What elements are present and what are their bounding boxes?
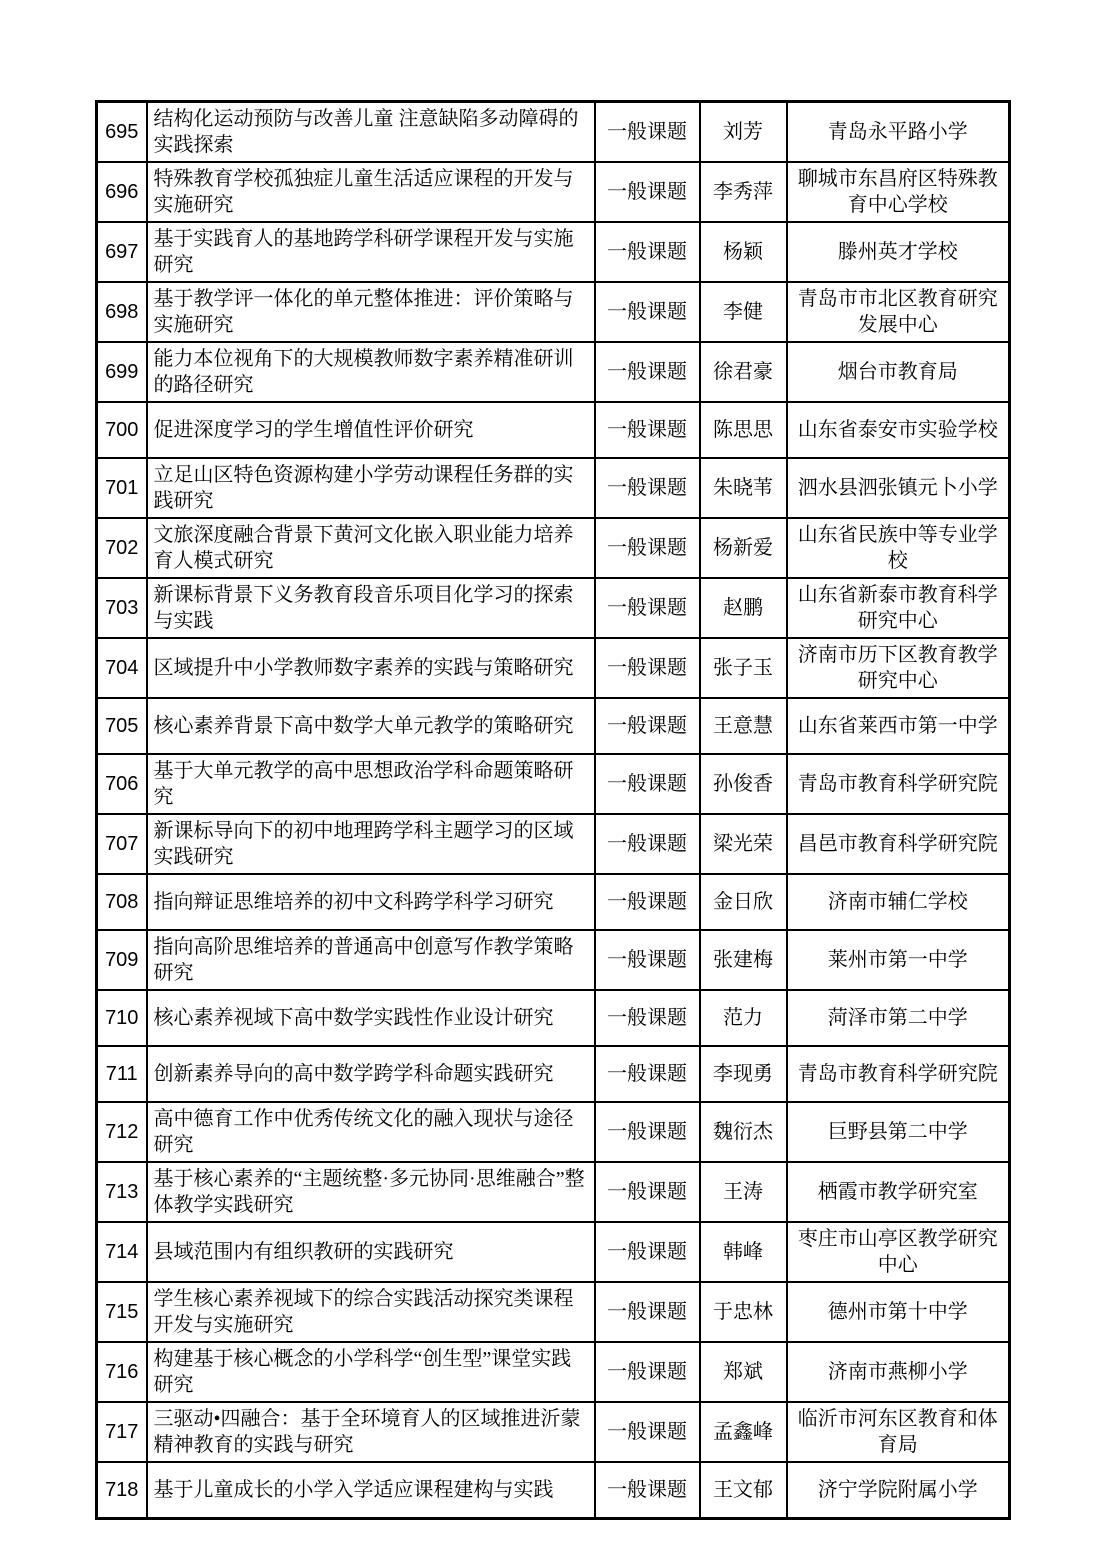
- project-category: 一般课题: [595, 1162, 700, 1222]
- project-leader: 孙俊香: [700, 754, 787, 814]
- project-institution: 昌邑市教育科学研究院: [787, 814, 1010, 874]
- project-title: 基于儿童成长的小学入学适应课程建构与实践: [147, 1462, 595, 1518]
- project-leader: 王文郁: [700, 1462, 787, 1518]
- row-number: 699: [97, 342, 147, 402]
- project-category: 一般课题: [595, 102, 700, 163]
- row-number: 695: [97, 102, 147, 163]
- project-leader: 李现勇: [700, 1046, 787, 1102]
- project-title: 文旅深度融合背景下黄河文化嵌入职业能力培养育人模式研究: [147, 518, 595, 578]
- project-leader: 李健: [700, 282, 787, 342]
- project-title: 指向高阶思维培养的普通高中创意写作教学策略研究: [147, 930, 595, 990]
- table-row: 705 核心素养背景下高中数学大单元教学的策略研究 一般课题 王意慧 山东省莱西…: [97, 698, 1010, 754]
- project-leader: 金日欣: [700, 874, 787, 930]
- project-institution: 青岛市教育科学研究院: [787, 754, 1010, 814]
- project-institution: 山东省莱西市第一中学: [787, 698, 1010, 754]
- project-institution: 山东省泰安市实验学校: [787, 402, 1010, 458]
- table-row: 718 基于儿童成长的小学入学适应课程建构与实践 一般课题 王文郁 济宁学院附属…: [97, 1462, 1010, 1518]
- project-leader: 张子玉: [700, 638, 787, 698]
- project-leader: 王涛: [700, 1162, 787, 1222]
- project-title: 区域提升中小学教师数字素养的实践与策略研究: [147, 638, 595, 698]
- project-leader: 孟鑫峰: [700, 1402, 787, 1462]
- row-number: 712: [97, 1102, 147, 1162]
- project-institution: 济南市历下区教育教学研究中心: [787, 638, 1010, 698]
- row-number: 709: [97, 930, 147, 990]
- table-row: 708 指向辩证思维培养的初中文科跨学科学习研究 一般课题 金日欣 济南市辅仁学…: [97, 874, 1010, 930]
- project-institution: 济南市燕柳小学: [787, 1342, 1010, 1402]
- row-number: 713: [97, 1162, 147, 1222]
- project-title: 特殊教育学校孤独症儿童生活适应课程的开发与实施研究: [147, 162, 595, 222]
- table-row: 706 基于大单元教学的高中思想政治学科命题策略研究 一般课题 孙俊香 青岛市教…: [97, 754, 1010, 814]
- project-category: 一般课题: [595, 1462, 700, 1518]
- project-leader: 张建梅: [700, 930, 787, 990]
- project-category: 一般课题: [595, 1222, 700, 1282]
- project-category: 一般课题: [595, 1046, 700, 1102]
- row-number: 708: [97, 874, 147, 930]
- project-category: 一般课题: [595, 578, 700, 638]
- project-leader: 韩峰: [700, 1222, 787, 1282]
- project-institution: 巨野县第二中学: [787, 1102, 1010, 1162]
- table-row: 703 新课标背景下义务教育段音乐项目化学习的探索与实践 一般课题 赵鹏 山东省…: [97, 578, 1010, 638]
- row-number: 711: [97, 1046, 147, 1102]
- table-row: 713 基于核心素养的“主题统整·多元协同·思维融合”整体教学实践研究 一般课题…: [97, 1162, 1010, 1222]
- row-number: 697: [97, 222, 147, 282]
- project-leader: 杨新爱: [700, 518, 787, 578]
- projects-table: 695 结构化运动预防与改善儿童 注意缺陷多动障碍的实践探索 一般课题 刘芳 青…: [95, 100, 1011, 1520]
- project-title: 构建基于核心概念的小学科学“创生型”课堂实践研究: [147, 1342, 595, 1402]
- project-institution: 菏泽市第二中学: [787, 990, 1010, 1046]
- project-title: 能力本位视角下的大规模教师数字素养精准研训的路径研究: [147, 342, 595, 402]
- project-institution: 聊城市东昌府区特殊教育中心学校: [787, 162, 1010, 222]
- table-row: 715 学生核心素养视域下的综合实践活动探究类课程开发与实施研究 一般课题 于忠…: [97, 1282, 1010, 1342]
- table-row: 717 三驱动•四融合：基于全环境育人的区域推进沂蒙精神教育的实践与研究 一般课…: [97, 1402, 1010, 1462]
- project-institution: 德州市第十中学: [787, 1282, 1010, 1342]
- project-title: 新课标导向下的初中地理跨学科主题学习的区域实践研究: [147, 814, 595, 874]
- table-row: 697 基于实践育人的基地跨学科研学课程开发与实施研究 一般课题 杨颖 滕州英才…: [97, 222, 1010, 282]
- project-category: 一般课题: [595, 518, 700, 578]
- row-number: 696: [97, 162, 147, 222]
- project-institution: 济南市辅仁学校: [787, 874, 1010, 930]
- project-institution: 枣庄市山亭区教学研究中心: [787, 1222, 1010, 1282]
- row-number: 700: [97, 402, 147, 458]
- project-title: 县域范围内有组织教研的实践研究: [147, 1222, 595, 1282]
- project-institution: 临沂市河东区教育和体育局: [787, 1402, 1010, 1462]
- project-title: 核心素养背景下高中数学大单元教学的策略研究: [147, 698, 595, 754]
- project-institution: 青岛市市北区教育研究发展中心: [787, 282, 1010, 342]
- row-number: 710: [97, 990, 147, 1046]
- row-number: 717: [97, 1402, 147, 1462]
- table-row: 712 高中德育工作中优秀传统文化的融入现状与途径研究 一般课题 魏衍杰 巨野县…: [97, 1102, 1010, 1162]
- row-number: 706: [97, 754, 147, 814]
- table-row: 704 区域提升中小学教师数字素养的实践与策略研究 一般课题 张子玉 济南市历下…: [97, 638, 1010, 698]
- project-category: 一般课题: [595, 874, 700, 930]
- project-category: 一般课题: [595, 990, 700, 1046]
- project-title: 三驱动•四融合：基于全环境育人的区域推进沂蒙精神教育的实践与研究: [147, 1402, 595, 1462]
- project-category: 一般课题: [595, 162, 700, 222]
- row-number: 716: [97, 1342, 147, 1402]
- project-leader: 王意慧: [700, 698, 787, 754]
- project-leader: 李秀萍: [700, 162, 787, 222]
- project-title: 结构化运动预防与改善儿童 注意缺陷多动障碍的实践探索: [147, 102, 595, 163]
- project-category: 一般课题: [595, 1342, 700, 1402]
- row-number: 702: [97, 518, 147, 578]
- project-leader: 梁光荣: [700, 814, 787, 874]
- project-title: 创新素养导向的高中数学跨学科命题实践研究: [147, 1046, 595, 1102]
- row-number: 698: [97, 282, 147, 342]
- project-category: 一般课题: [595, 282, 700, 342]
- project-leader: 魏衍杰: [700, 1102, 787, 1162]
- project-category: 一般课题: [595, 638, 700, 698]
- project-category: 一般课题: [595, 402, 700, 458]
- table-row: 701 立足山区特色资源构建小学劳动课程任务群的实践研究 一般课题 朱晓苇 泗水…: [97, 458, 1010, 518]
- project-title: 立足山区特色资源构建小学劳动课程任务群的实践研究: [147, 458, 595, 518]
- project-leader: 陈思思: [700, 402, 787, 458]
- project-title: 核心素养视域下高中数学实践性作业设计研究: [147, 990, 595, 1046]
- project-leader: 范力: [700, 990, 787, 1046]
- project-title: 基于大单元教学的高中思想政治学科命题策略研究: [147, 754, 595, 814]
- project-institution: 泗水县泗张镇元卜小学: [787, 458, 1010, 518]
- project-category: 一般课题: [595, 930, 700, 990]
- project-category: 一般课题: [595, 698, 700, 754]
- project-title: 高中德育工作中优秀传统文化的融入现状与途径研究: [147, 1102, 595, 1162]
- table-row: 695 结构化运动预防与改善儿童 注意缺陷多动障碍的实践探索 一般课题 刘芳 青…: [97, 102, 1010, 163]
- table-row: 710 核心素养视域下高中数学实践性作业设计研究 一般课题 范力 菏泽市第二中学: [97, 990, 1010, 1046]
- projects-table-body: 695 结构化运动预防与改善儿童 注意缺陷多动障碍的实践探索 一般课题 刘芳 青…: [97, 102, 1010, 1519]
- row-number: 715: [97, 1282, 147, 1342]
- table-row: 699 能力本位视角下的大规模教师数字素养精准研训的路径研究 一般课题 徐君豪 …: [97, 342, 1010, 402]
- table-row: 707 新课标导向下的初中地理跨学科主题学习的区域实践研究 一般课题 梁光荣 昌…: [97, 814, 1010, 874]
- row-number: 714: [97, 1222, 147, 1282]
- table-row: 709 指向高阶思维培养的普通高中创意写作教学策略研究 一般课题 张建梅 莱州市…: [97, 930, 1010, 990]
- project-leader: 徐君豪: [700, 342, 787, 402]
- project-title: 促进深度学习的学生增值性评价研究: [147, 402, 595, 458]
- table-row: 700 促进深度学习的学生增值性评价研究 一般课题 陈思思 山东省泰安市实验学校: [97, 402, 1010, 458]
- row-number: 704: [97, 638, 147, 698]
- table-row: 716 构建基于核心概念的小学科学“创生型”课堂实践研究 一般课题 郑斌 济南市…: [97, 1342, 1010, 1402]
- project-institution: 莱州市第一中学: [787, 930, 1010, 990]
- row-number: 718: [97, 1462, 147, 1518]
- project-institution: 青岛市教育科学研究院: [787, 1046, 1010, 1102]
- project-category: 一般课题: [595, 342, 700, 402]
- table-row: 698 基于教学评一体化的单元整体推进：评价策略与实施研究 一般课题 李健 青岛…: [97, 282, 1010, 342]
- project-category: 一般课题: [595, 458, 700, 518]
- row-number: 701: [97, 458, 147, 518]
- project-leader: 于忠林: [700, 1282, 787, 1342]
- project-title: 基于核心素养的“主题统整·多元协同·思维融合”整体教学实践研究: [147, 1162, 595, 1222]
- project-leader: 朱晓苇: [700, 458, 787, 518]
- project-category: 一般课题: [595, 1282, 700, 1342]
- project-institution: 栖霞市教学研究室: [787, 1162, 1010, 1222]
- project-institution: 山东省民族中等专业学校: [787, 518, 1010, 578]
- project-institution: 滕州英才学校: [787, 222, 1010, 282]
- project-institution: 济宁学院附属小学: [787, 1462, 1010, 1518]
- project-leader: 刘芳: [700, 102, 787, 163]
- table-row: 714 县域范围内有组织教研的实践研究 一般课题 韩峰 枣庄市山亭区教学研究中心: [97, 1222, 1010, 1282]
- project-category: 一般课题: [595, 814, 700, 874]
- project-leader: 郑斌: [700, 1342, 787, 1402]
- project-leader: 杨颖: [700, 222, 787, 282]
- project-institution: 烟台市教育局: [787, 342, 1010, 402]
- table-row: 711 创新素养导向的高中数学跨学科命题实践研究 一般课题 李现勇 青岛市教育科…: [97, 1046, 1010, 1102]
- project-institution: 山东省新泰市教育科学研究中心: [787, 578, 1010, 638]
- project-title: 指向辩证思维培养的初中文科跨学科学习研究: [147, 874, 595, 930]
- row-number: 707: [97, 814, 147, 874]
- row-number: 703: [97, 578, 147, 638]
- project-institution: 青岛永平路小学: [787, 102, 1010, 163]
- document-page: 695 结构化运动预防与改善儿童 注意缺陷多动障碍的实践探索 一般课题 刘芳 青…: [0, 0, 1106, 1565]
- row-number: 705: [97, 698, 147, 754]
- project-title: 新课标背景下义务教育段音乐项目化学习的探索与实践: [147, 578, 595, 638]
- table-row: 696 特殊教育学校孤独症儿童生活适应课程的开发与实施研究 一般课题 李秀萍 聊…: [97, 162, 1010, 222]
- table-row: 702 文旅深度融合背景下黄河文化嵌入职业能力培养育人模式研究 一般课题 杨新爱…: [97, 518, 1010, 578]
- project-category: 一般课题: [595, 754, 700, 814]
- project-leader: 赵鹏: [700, 578, 787, 638]
- project-category: 一般课题: [595, 1102, 700, 1162]
- project-category: 一般课题: [595, 222, 700, 282]
- project-title: 学生核心素养视域下的综合实践活动探究类课程开发与实施研究: [147, 1282, 595, 1342]
- project-title: 基于实践育人的基地跨学科研学课程开发与实施研究: [147, 222, 595, 282]
- project-title: 基于教学评一体化的单元整体推进：评价策略与实施研究: [147, 282, 595, 342]
- project-category: 一般课题: [595, 1402, 700, 1462]
